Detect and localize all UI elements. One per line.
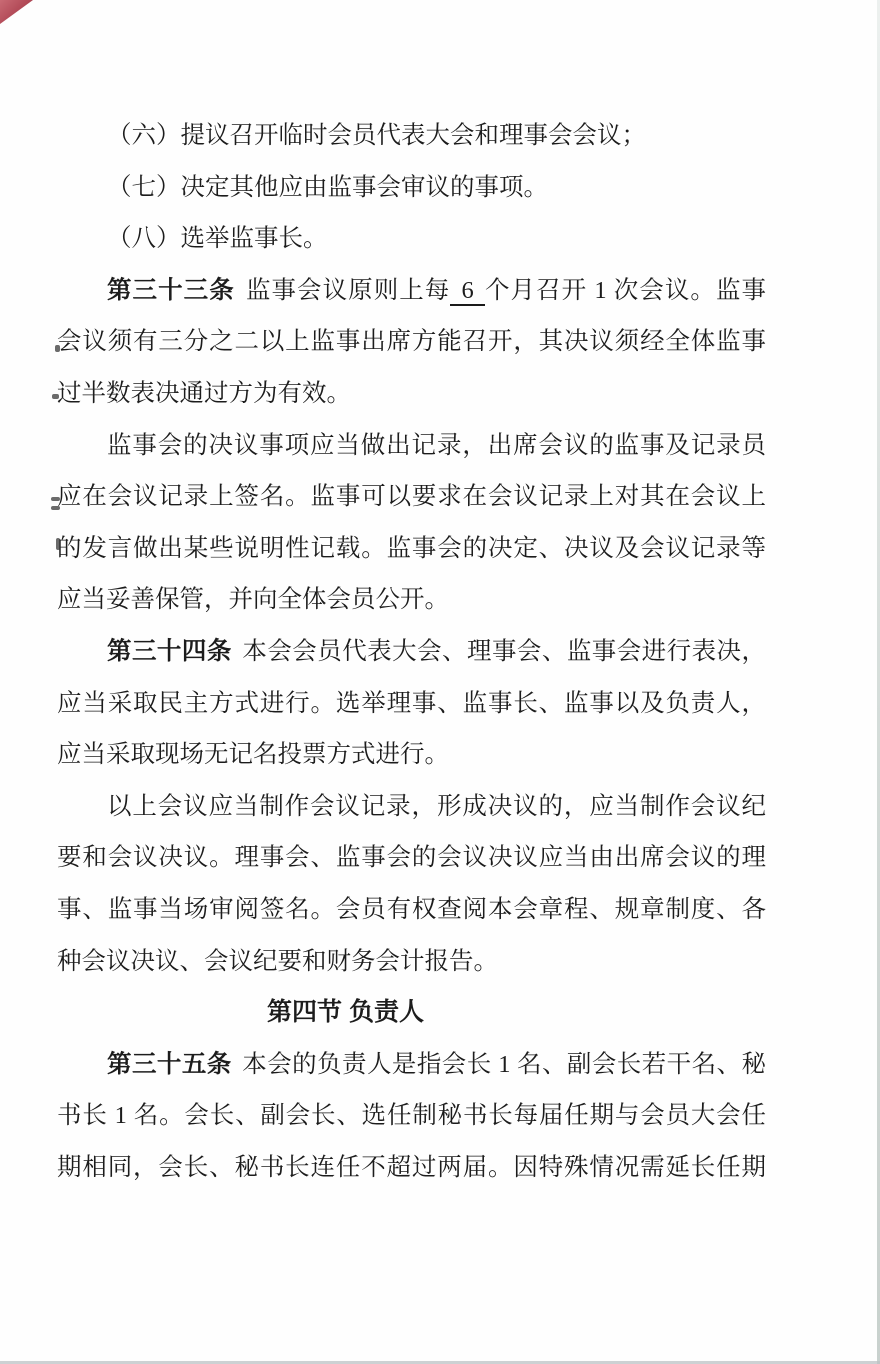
document-line: （七）决定其他应由监事会审议的事项。 xyxy=(57,162,766,214)
scan-corner-artifact xyxy=(0,0,33,24)
scan-speck xyxy=(52,394,59,399)
text-segment: 应当妥善保管，并向全体会员公开。 xyxy=(57,586,449,613)
scan-speck xyxy=(55,345,60,352)
text-segment: 期相同，会长、秘书长连任不超过两届。因特殊情况需延长任期 xyxy=(57,1154,766,1181)
text-segment: 要和会议决议。理事会、监事会的会议决议应当由出席会议的理 xyxy=(57,844,766,871)
document-line: 种会议决议、会议纪要和财务会计报告。 xyxy=(57,936,766,988)
scan-speck xyxy=(56,538,60,550)
document-line: 第三十四条 本会会员代表大会、理事会、监事会进行表决， xyxy=(57,626,766,678)
text-segment: 以上会议应当制作会议记录，形成决议的，应当制作会议纪 xyxy=(107,793,766,820)
document-line: 事、监事当场审阅签名。会员有权查阅本会章程、规章制度、各 xyxy=(57,884,766,936)
text-segment: 监事会议原则上每 xyxy=(239,277,451,304)
section-heading: 第四节 负责人 xyxy=(0,987,702,1039)
document-line: 应在会议记录上签名。监事可以要求在会议记录上对其在会议上 xyxy=(57,471,766,523)
text-segment: 本会的负责人是指会长 1 名、副会长若干名、秘 xyxy=(236,1051,766,1078)
text-segment: 事、监事当场审阅签名。会员有权查阅本会章程、规章制度、各 xyxy=(57,896,766,923)
document-line: 过半数表决通过方为有效。 xyxy=(57,368,766,420)
document-line: 应当采取民主方式进行。选举理事、监事长、监事以及负责人， xyxy=(57,678,766,730)
document-line: 应当妥善保管，并向全体会员公开。 xyxy=(57,574,766,626)
document-line: 第三十三条 监事会议原则上每 6 个月召开 1 次会议。监事 xyxy=(57,265,766,317)
bold-term: 第三十五条 xyxy=(107,1051,232,1078)
document-line: 的发言做出某些说明性记载。监事会的决定、决议及会议记录等 xyxy=(57,523,766,575)
text-segment: 的发言做出某些说明性记载。监事会的决定、决议及会议记录等 xyxy=(57,535,766,562)
document-line: 会议须有三分之二以上监事出席方能召开，其决议须经全体监事 xyxy=(57,316,766,368)
scanned-document-page: （六）提议召开临时会员代表大会和理事会会议；（七）决定其他应由监事会审议的事项。… xyxy=(0,0,880,1364)
text-segment: 本会会员代表大会、理事会、监事会进行表决， xyxy=(236,638,766,665)
text-segment: （七）决定其他应由监事会审议的事项。 xyxy=(107,174,548,201)
text-segment: 应在会议记录上签名。监事可以要求在会议记录上对其在会议上 xyxy=(57,483,766,510)
document-line: 以上会议应当制作会议记录，形成决议的，应当制作会议纪 xyxy=(57,781,766,833)
underlined-value: 6 xyxy=(450,277,485,306)
text-segment: 应当采取民主方式进行。选举理事、监事长、监事以及负责人， xyxy=(57,690,766,717)
text-segment: （八）选举监事长。 xyxy=(107,225,328,252)
text-segment: 监事会的决议事项应当做出记录，出席会议的监事及记录员 xyxy=(107,432,766,459)
document-line: （六）提议召开临时会员代表大会和理事会会议； xyxy=(57,110,766,162)
text-segment: 会议须有三分之二以上监事出席方能召开，其决议须经全体监事 xyxy=(57,328,766,355)
scan-speck xyxy=(51,506,60,510)
document-line: 监事会的决议事项应当做出记录，出席会议的监事及记录员 xyxy=(57,420,766,472)
text-segment: 书长 1 名。会长、副会长、选任制秘书长每届任期与会员大会任 xyxy=(57,1102,766,1129)
scan-speck xyxy=(51,497,60,501)
document-body: （六）提议召开临时会员代表大会和理事会会议；（七）决定其他应由监事会审议的事项。… xyxy=(57,110,766,1193)
document-line: （八）选举监事长。 xyxy=(57,213,766,265)
text-segment: 个月召开 1 次会议。监事 xyxy=(485,277,766,304)
text-segment: （六）提议召开临时会员代表大会和理事会会议； xyxy=(107,122,646,149)
document-line: 书长 1 名。会长、副会长、选任制秘书长每届任期与会员大会任 xyxy=(57,1090,766,1142)
document-line: 第三十五条 本会的负责人是指会长 1 名、副会长若干名、秘 xyxy=(57,1039,766,1091)
bold-term: 第四节 负责人 xyxy=(267,998,424,1026)
document-line: 期相同，会长、秘书长连任不超过两届。因特殊情况需延长任期 xyxy=(57,1142,766,1194)
document-line: 要和会议决议。理事会、监事会的会议决议应当由出席会议的理 xyxy=(57,832,766,884)
document-line: 应当采取现场无记名投票方式进行。 xyxy=(57,729,766,781)
text-segment: 应当采取现场无记名投票方式进行。 xyxy=(57,741,449,768)
text-segment: 过半数表决通过方为有效。 xyxy=(57,380,351,407)
bold-term: 第三十四条 xyxy=(107,638,232,665)
text-segment: 种会议决议、会议纪要和财务会计报告。 xyxy=(57,948,498,975)
bold-term: 第三十三条 xyxy=(107,277,235,304)
